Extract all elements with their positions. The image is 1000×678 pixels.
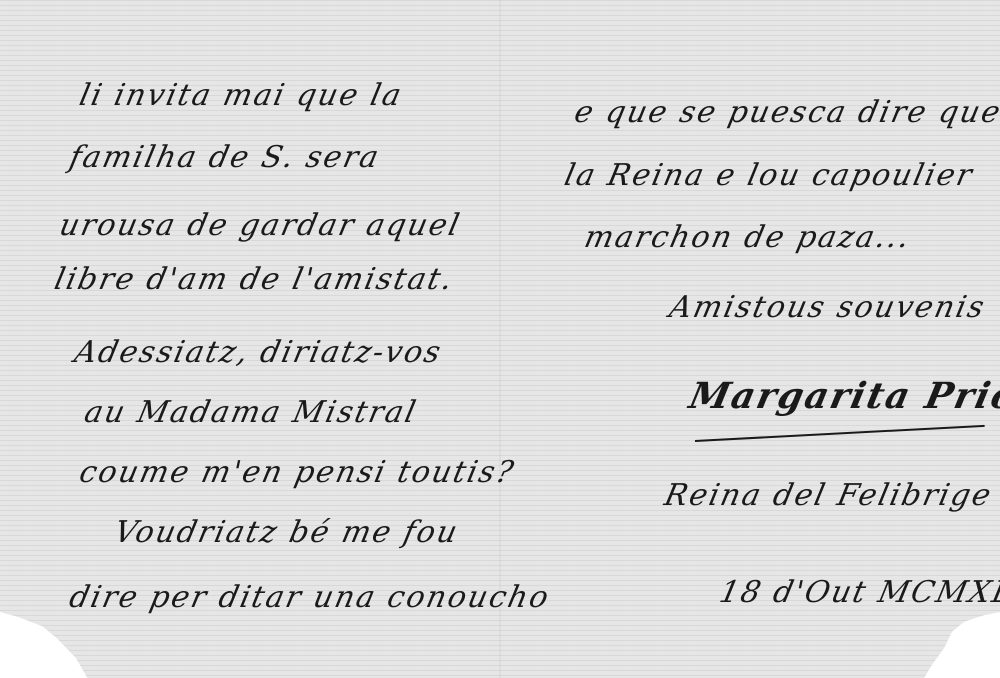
text-line: la Reina e lou capoulier	[561, 158, 977, 193]
signature-underline	[695, 425, 985, 442]
left-page: li invita mai que la familha de S. sera …	[0, 0, 500, 678]
right-page: e que se puesca dire que la Reina e lou …	[500, 0, 1000, 678]
text-line: e que se puesca dire que	[571, 95, 1000, 130]
text-line: marchon de paza...	[581, 220, 914, 255]
text-line: urousa de gardar aquel	[56, 208, 464, 243]
text-line: coume m'en pensi toutis?	[76, 455, 518, 490]
text-line: au Madama Mistral	[81, 395, 420, 430]
text-line: dire per ditar una conoucho	[66, 580, 553, 615]
text-line: libre d'am de l'amistat.	[51, 262, 457, 297]
text-line: familha de S. sera	[66, 140, 383, 175]
letter-date: 18 d'Out MCMXL	[716, 575, 1000, 610]
signature-title: Reina del Felibrige	[661, 478, 995, 513]
closing-line: Amistous souvenis	[666, 290, 989, 325]
text-line: li invita mai que la	[76, 78, 406, 113]
text-line: Voudriatz bé me fou	[111, 515, 462, 550]
signature: Margarita Priolo	[686, 375, 1000, 417]
text-line: Adessiatz, diriatz-vos	[71, 335, 445, 370]
